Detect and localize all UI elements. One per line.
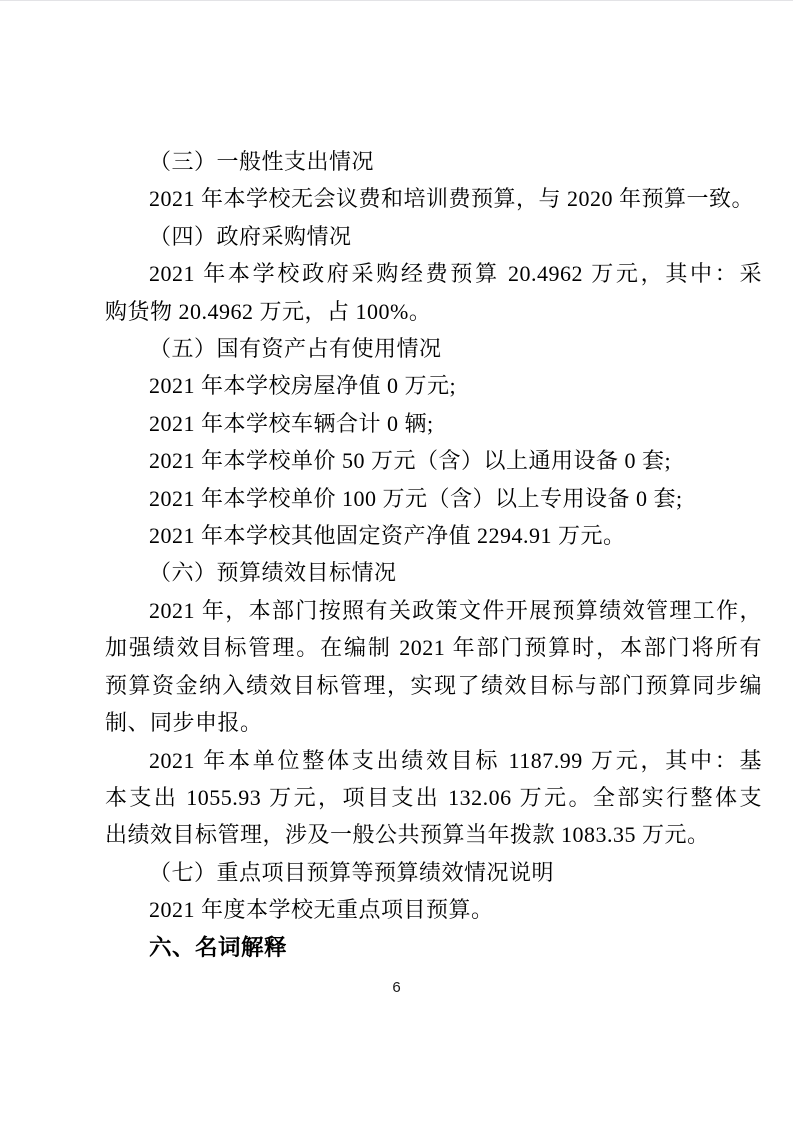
document-page: （三）一般性支出情况2021 年本学校无会议费和培训费预算，与 2020 年预算… <box>0 0 793 1122</box>
paragraph-line: 购货物 20.4962 万元，占 100%。 <box>105 293 762 330</box>
paragraph-line: 2021 年本学校车辆合计 0 辆; <box>105 405 762 442</box>
paragraph-line: 加强绩效目标管理。在编制 2021 年部门预算时，本部门将所有 <box>105 629 762 666</box>
paragraph-line: 2021 年，本部门按照有关政策文件开展预算绩效管理工作， <box>105 592 762 629</box>
paragraph-line: 2021 年本单位整体支出绩效目标 1187.99 万元，其中：基 <box>105 742 762 779</box>
page-number: 6 <box>0 979 793 997</box>
paragraph-line: 2021 年本学校单价 100 万元（含）以上专用设备 0 套; <box>105 480 762 517</box>
section-heading: 六、名词解释 <box>105 929 762 966</box>
section-subheading: （六）预算绩效目标情况 <box>105 554 762 591</box>
paragraph-line: 2021 年本学校无会议费和培训费预算，与 2020 年预算一致。 <box>105 180 762 217</box>
paragraph-line: 2021 年本学校其他固定资产净值 2294.91 万元。 <box>105 517 762 554</box>
paragraph-line: 2021 年度本学校无重点项目预算。 <box>105 891 762 928</box>
section-subheading: （三）一般性支出情况 <box>105 143 762 180</box>
paragraph-line: 2021 年本学校单价 50 万元（含）以上通用设备 0 套; <box>105 442 762 479</box>
paragraph-line: 本支出 1055.93 万元，项目支出 132.06 万元。全部实行整体支 <box>105 779 762 816</box>
paragraph-line: 预算资金纳入绩效目标管理，实现了绩效目标与部门预算同步编 <box>105 667 762 704</box>
document-body: （三）一般性支出情况2021 年本学校无会议费和培训费预算，与 2020 年预算… <box>105 143 762 966</box>
paragraph-line: 出绩效目标管理，涉及一般公共预算当年拨款 1083.35 万元。 <box>105 816 762 853</box>
paragraph-line: 2021 年本学校房屋净值 0 万元; <box>105 367 762 404</box>
paragraph-line: 制、同步申报。 <box>105 704 762 741</box>
section-subheading: （五）国有资产占有使用情况 <box>105 330 762 367</box>
paragraph-line: 2021 年本学校政府采购经费预算 20.4962 万元，其中：采 <box>105 255 762 292</box>
section-subheading: （七）重点项目预算等预算绩效情况说明 <box>105 854 762 891</box>
section-subheading: （四）政府采购情况 <box>105 218 762 255</box>
